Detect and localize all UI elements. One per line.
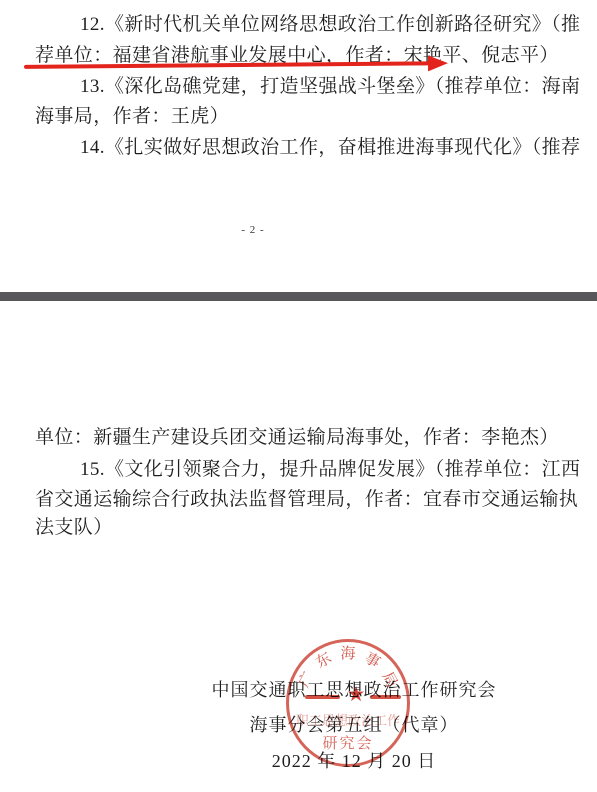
seal-dash-left [305, 695, 340, 699]
page-number: - 2 - [223, 224, 283, 236]
arrow-head-icon [428, 55, 448, 71]
seal-arc-char: 海 [340, 646, 356, 662]
star-icon: ★ [345, 683, 367, 705]
doc-line-item-13-title: 13.《深化岛礁党建，打造坚强战斗堡垒》（推荐单位：海南 [80, 76, 580, 97]
doc-line-item-14-continuation: 单位：新疆生产建设兵团交通运输局海事处，作者：李艳杰） [35, 427, 559, 448]
doc-line-item-15-title: 15.《文化引领聚合力，提升品牌促发展》（推荐单位：江西 [80, 459, 580, 480]
page-separator-bar [0, 292, 597, 301]
doc-line-item-13-continuation: 海事局，作者：王虎） [35, 106, 229, 127]
arrow-shaft [24, 61, 430, 69]
doc-line-item-12-title: 12.《新时代机关单位网络思想政治工作创新路径研究》（推 [80, 14, 580, 35]
seal-inner-text: 职工思想政治工作 [286, 710, 410, 729]
doc-line-item-15-continuation: 省交通运输综合行政执法监督管理局，作者：宜春市交通运输执 [35, 489, 578, 510]
seal-dash-right [370, 695, 401, 699]
official-seal-stamp: 广 东 海 事 局 ★ 职工思想政治工作 研究会 [286, 639, 410, 767]
doc-line-item-15-end: 法支队） [35, 517, 113, 538]
doc-line-item-14-title: 14.《扎实做好思想政治工作，奋楫推进海事现代化》（推荐 [80, 137, 580, 158]
seal-bottom-text: 研究会 [286, 732, 410, 753]
scanned-document-page: 12.《新时代机关单位网络思想政治工作创新路径研究》（推 荐单位：福建省港航事业… [0, 0, 597, 792]
red-underline-arrow [24, 54, 448, 75]
